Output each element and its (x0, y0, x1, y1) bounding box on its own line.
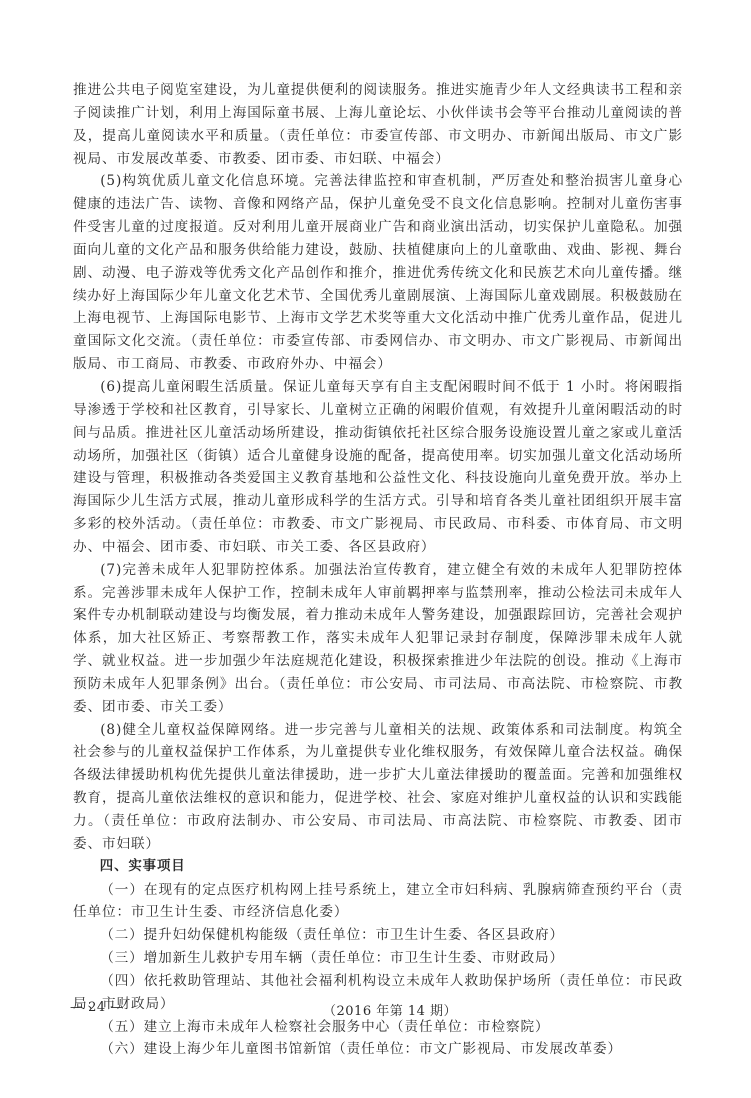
section-heading: 四、实事项目 (73, 856, 683, 879)
page-footer: — 24 — （2016 年第 14 期） (73, 1000, 683, 1020)
project-item-3: （三）增加新生儿救护专用车辆（责任单位：市卫生计生委、市财政局） (73, 947, 683, 970)
project-item-2: （二）提升妇幼保健机构能级（责任单位：市卫生计生委、各区县政府） (73, 924, 683, 947)
paragraph-5: (5)构筑优质儿童文化信息环境。完善法律监控和审查机制，严厉查处和整治损害儿童身… (73, 170, 683, 376)
issue-label: （2016 年第 14 期） (323, 1000, 457, 1019)
project-item-6: （六）建设上海少年儿童图书馆新馆（责任单位：市文广影视局、市发展改革委） (73, 1038, 683, 1061)
project-item-1: （一）在现有的定点医疗机构网上挂号系统上，建立全市妇科病、乳腺病筛查预约平台（责… (73, 879, 683, 925)
paragraph-7: (7)完善未成年人犯罪防控体系。加强法治宣传教育，建立健全有效的未成年人犯罪防控… (73, 559, 683, 719)
paragraph-8: (8)健全儿童权益保障网络。进一步完善与儿童相关的法规、政策体系和司法制度。构筑… (73, 719, 683, 856)
continuation-paragraph: 推进公共电子阅览室建设，为儿童提供便利的阅读服务。推进实施青少年人文经典读书工程… (73, 79, 683, 170)
page-number: — 24 — (70, 1000, 124, 1015)
document-body: 推进公共电子阅览室建设，为儿童提供便利的阅读服务。推进实施青少年人文经典读书工程… (73, 79, 683, 1061)
paragraph-6: (6)提高儿童闲暇生活质量。保证儿童每天享有自主支配闲暇时间不低于 1 小时。将… (73, 376, 683, 559)
